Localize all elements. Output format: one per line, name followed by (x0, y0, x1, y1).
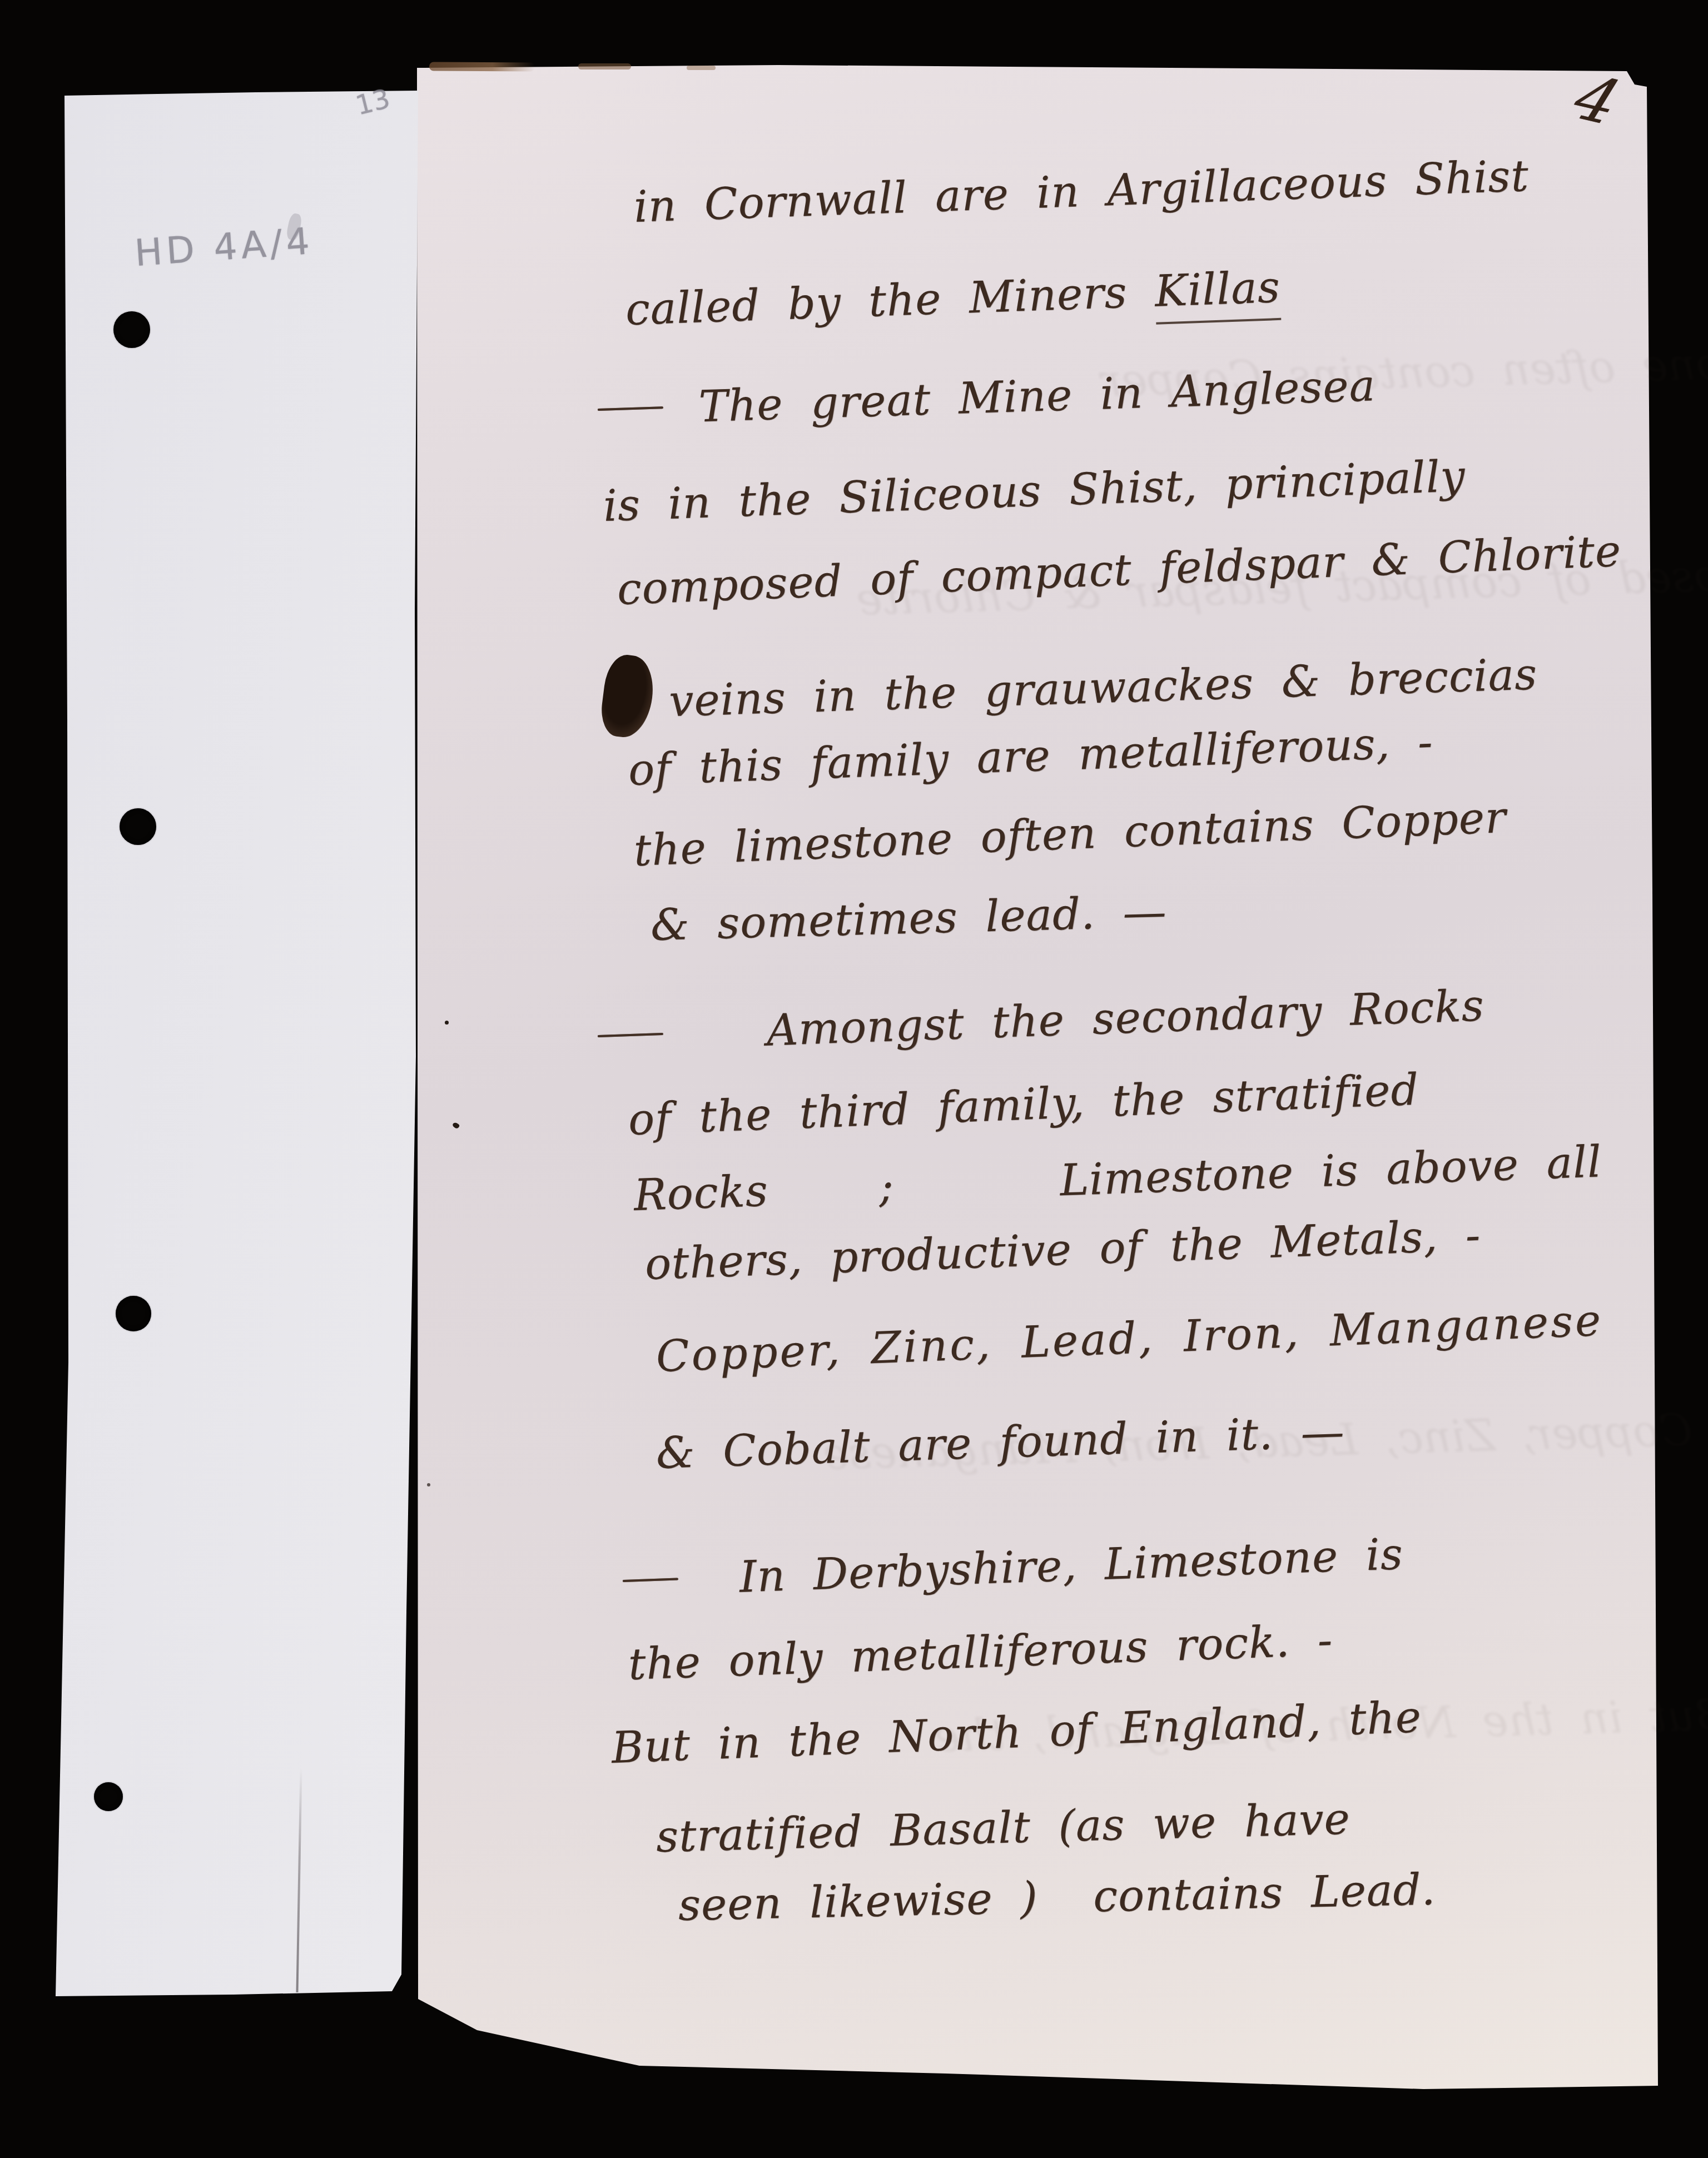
ink-speck (445, 1021, 449, 1025)
torn-edge-stain (429, 62, 535, 72)
paragraph-dash (598, 406, 663, 411)
ink-speck (427, 1483, 430, 1486)
punch-hole (94, 1782, 123, 1811)
paragraph-dash (598, 1033, 663, 1037)
manuscript-scan: composed of compact feldspar & Chlorite … (0, 0, 1708, 2158)
paragraph-dash (623, 1578, 678, 1582)
punch-hole (113, 311, 150, 348)
underlined-word: Killas (1154, 262, 1281, 325)
torn-edge-stain (578, 63, 631, 69)
punch-hole (116, 1296, 151, 1331)
punch-hole (120, 808, 156, 845)
torn-edge-stain (687, 66, 716, 70)
ink-blot-strikethrough (598, 653, 657, 740)
